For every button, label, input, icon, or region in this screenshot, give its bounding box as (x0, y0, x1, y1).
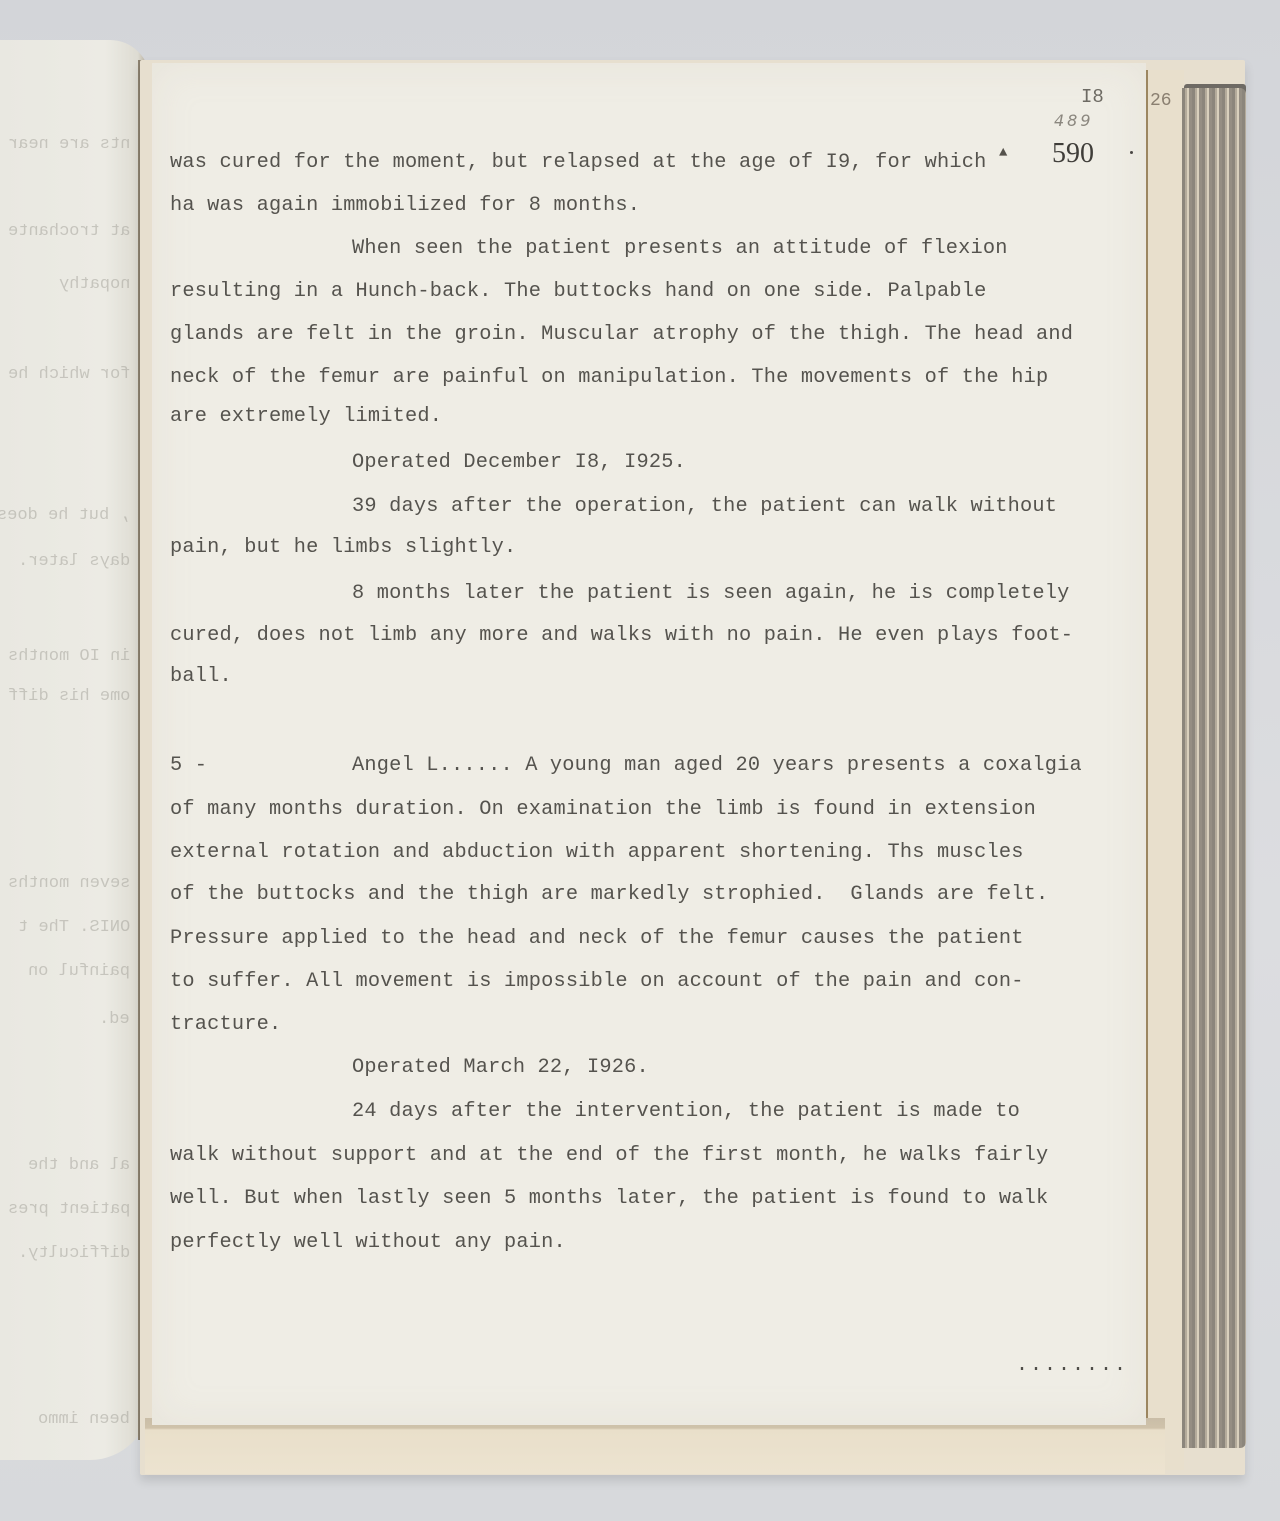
typed-line: 5 - (170, 754, 207, 778)
typed-line: was cured for the moment, but relapsed a… (170, 151, 986, 175)
typed-line: well. But when lastly seen 5 months late… (170, 1187, 1048, 1211)
page-stack-edge (1146, 70, 1184, 1470)
bleedthrough-line: at trochante (8, 222, 130, 241)
typed-line: Operated December I8, I925. (352, 451, 686, 475)
typed-line: 24 days after the intervention, the pati… (352, 1100, 1020, 1124)
book-spine-pages (1182, 88, 1246, 1448)
typed-line: Operated March 22, I926. (352, 1056, 649, 1080)
typed-line: glands are felt in the groin. Muscular a… (170, 323, 1073, 347)
typed-line: to suffer. All movement is impossible on… (170, 970, 1024, 994)
bleedthrough-line: seven months (8, 874, 130, 893)
typed-page-number: I8 (1081, 86, 1104, 108)
typed-line: perfectly well without any pain. (170, 1231, 566, 1255)
typed-line: When seen the patient presents an attitu… (352, 237, 1008, 261)
bleedthrough-line: nopathy (59, 275, 130, 294)
typed-line: 8 months later the patient is seen again… (352, 582, 1070, 606)
bleedthrough-line: painful on (28, 962, 130, 981)
bleedthrough-line: nts are near (8, 135, 130, 154)
bleedthrough-line: al and the (28, 1156, 130, 1175)
typed-line: external rotation and abduction with app… (170, 841, 1024, 865)
handwritten-page-number: 489 (1054, 111, 1094, 130)
bleedthrough-line: ed. (99, 1010, 130, 1029)
end-marker: ........ (1016, 1354, 1128, 1377)
typed-line: walk without support and at the end of t… (170, 1144, 1048, 1168)
bleedthrough-text: nts are nearat trochantenopathyfor which… (0, 40, 150, 1460)
bleedthrough-line: for which he (8, 365, 130, 384)
stamp-mark-icon: ▲ (999, 145, 1007, 161)
bleedthrough-line: days later. (18, 552, 130, 571)
edge-number: 26 (1150, 92, 1172, 110)
stamped-page-number: 590 (1052, 138, 1094, 170)
bleedthrough-line: ONIS. The t (18, 918, 130, 937)
typed-line: cured, does not limb any more and walks … (170, 624, 1073, 648)
board-bottom-edge (145, 1418, 1165, 1474)
bleedthrough-line: difficulty. (18, 1244, 130, 1263)
bleedthrough-line: patient pres (8, 1200, 130, 1219)
bleedthrough-line: in IO months (8, 647, 130, 666)
ink-dot (1130, 151, 1133, 154)
typed-line: of the buttocks and the thigh are marked… (170, 883, 1048, 907)
typed-line: neck of the femur are painful on manipul… (170, 366, 1048, 390)
bleedthrough-line: ome his diff (8, 687, 130, 706)
typed-line: 39 days after the operation, the patient… (352, 495, 1057, 519)
typed-line: Angel L...... A young man aged 20 years … (352, 754, 1082, 778)
typed-line: ha was again immobilized for 8 months. (170, 194, 640, 218)
typed-line: resulting in a Hunch-back. The buttocks … (170, 280, 986, 304)
bleedthrough-line: , but he does (0, 506, 130, 525)
typed-line: ball. (170, 665, 232, 689)
stamped-number-text: 590 (1052, 138, 1094, 169)
typed-page: I8 489 ▲ 590 was cured for the moment, b… (152, 63, 1146, 1425)
facing-left-page: nts are nearat trochantenopathyfor which… (0, 40, 150, 1460)
typed-line: of many months duration. On examination … (170, 798, 1036, 822)
typed-line: tracture. (170, 1013, 281, 1037)
typed-line: pain, but he limbs slightly. (170, 536, 516, 560)
bleedthrough-line: been immo (38, 1410, 130, 1429)
typed-line: are extremely limited. (170, 405, 442, 429)
typed-line: Pressure applied to the head and neck of… (170, 927, 1024, 951)
